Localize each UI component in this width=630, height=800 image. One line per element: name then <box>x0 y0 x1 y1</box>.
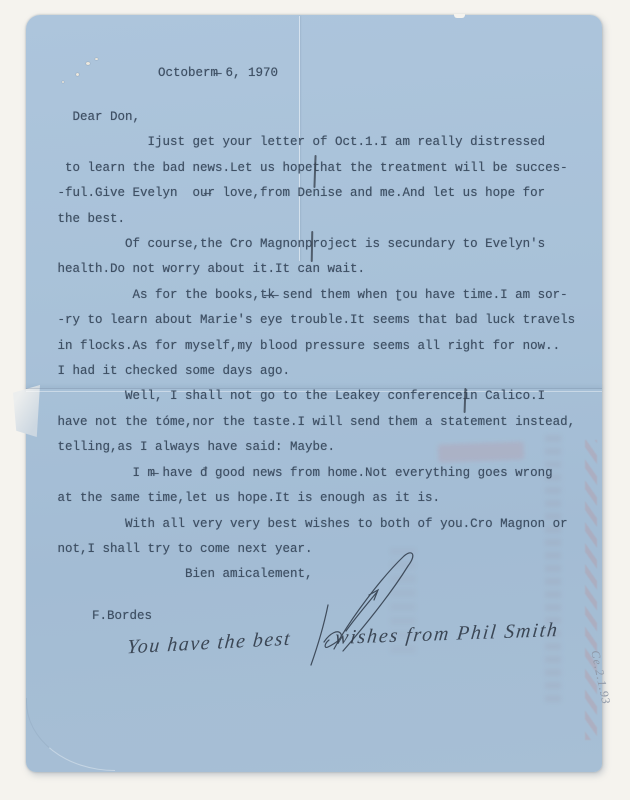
letter-line: the best. <box>50 207 598 232</box>
bottom-left-crease <box>26 698 115 771</box>
letter-line: Of course,the Cro Magnonproject is secun… <box>50 232 598 257</box>
handwritten-note-part1: You have the best <box>126 628 292 660</box>
letter-paper: Octoberm̶ 6, 1970 Dear Don, Ijust get yo… <box>26 15 602 772</box>
letter-line: Well, I shall not go to the Leakey confe… <box>50 384 598 409</box>
letter-line: -ry to learn about Marie's eye trouble.I… <box>50 308 598 333</box>
letter-line: health.Do not worry about it.It can wait… <box>50 257 598 282</box>
letter-line: With all very very best wishes to both o… <box>50 512 598 537</box>
letter-line: in flocks.As for myself,my blood pressur… <box>50 334 598 359</box>
date-line: Octoberm̶ 6, 1970 <box>158 61 278 86</box>
letter-line: I m̶ have đ good news from home.Not ever… <box>50 461 598 486</box>
paper-speck <box>62 81 64 83</box>
letter-line: have not the tóme,nor the taste.I will s… <box>50 410 598 435</box>
letter-line: at the same time,let us hope.It is enoug… <box>50 486 598 511</box>
signature-name: F.Bordes <box>92 604 152 629</box>
letter-line: -ful.Give Evelyn ou̶r love,from Denise a… <box>50 181 598 206</box>
letter-line: I had it checked some days ago. <box>50 359 598 384</box>
pen-signature-flourish <box>280 545 440 675</box>
letter-line: As for the books,t̶k̶ send them when ʈou… <box>50 283 598 308</box>
letter-line: Ijust get your letter of Oct.1.I am real… <box>50 130 598 155</box>
paper-speck <box>76 73 79 76</box>
letter-line: to learn the bad news.Let us hopethat th… <box>50 156 598 181</box>
letter-body: Dear Don, Ijust get your letter of Oct.1… <box>50 105 598 588</box>
letter-line: Dear Don, <box>50 105 598 130</box>
paper-speck <box>86 62 90 65</box>
top-edge-notch <box>454 14 465 18</box>
scan-background: { "letter": { "date_line": "Octoberm̶ 6,… <box>0 0 630 800</box>
letter-line: telling,as I always have said: Maybe. <box>50 435 598 460</box>
paper-speck <box>95 58 98 60</box>
under-sheet-corner <box>13 385 40 437</box>
